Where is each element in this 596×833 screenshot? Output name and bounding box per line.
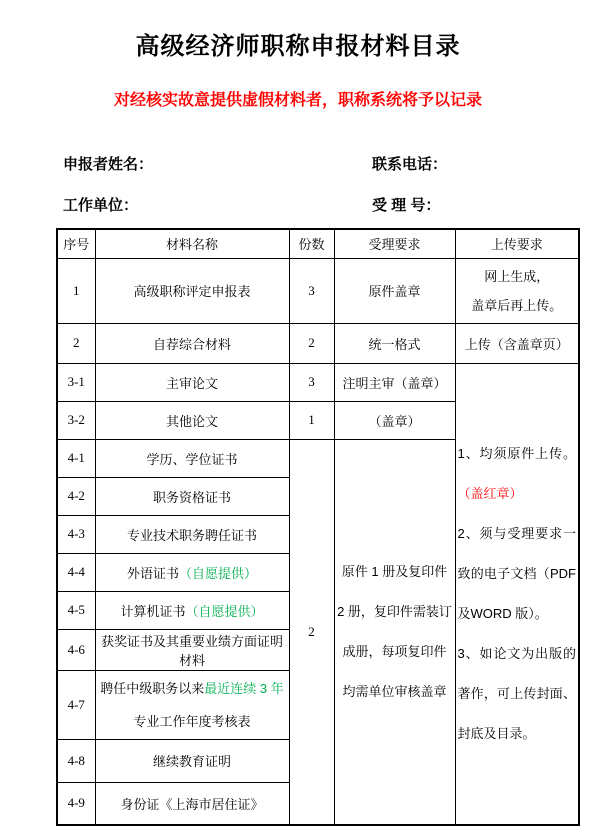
header-copies: 份数 <box>289 229 334 258</box>
serial-cell: 3-1 <box>57 363 95 401</box>
highlight-text: 最近连续 3 年 <box>204 681 283 696</box>
copies-cell: 1 <box>289 401 334 439</box>
material-name-cell: 计算机证书（自愿提供） <box>95 591 289 629</box>
material-name-cell: 外语证书（自愿提供） <box>95 553 289 591</box>
upload-note-3: 3、如论文为出版的著作，可上传封面、封底及目录。 <box>458 634 577 754</box>
material-name-cell: 其他论文 <box>95 401 289 439</box>
header-acceptance-req: 受理要求 <box>334 229 455 258</box>
material-name-cell: 自荐综合材料 <box>95 323 289 363</box>
serial-cell: 4-2 <box>57 477 95 515</box>
requirement-cell: 统一格式 <box>334 323 455 363</box>
materials-table: 序号 材料名称 份数 受理要求 上传要求 1 高级职称评定申报表 3 原件盖章 … <box>56 228 580 826</box>
serial-cell: 4-5 <box>57 591 95 629</box>
applicant-name-label: 申报者姓名： <box>63 153 153 174</box>
material-name-text: 外语证书 <box>127 566 179 581</box>
material-name-cell: 继续教育证明 <box>95 739 289 782</box>
serial-cell: 4-8 <box>57 739 95 782</box>
copies-merged-cell: 2 <box>289 439 334 825</box>
table-row: 1 高级职称评定申报表 3 原件盖章 网上生成， 盖章后再上传。 <box>57 258 579 323</box>
acceptance-number-label: 受 理 号： <box>372 194 440 215</box>
contact-phone-label: 联系电话： <box>372 153 447 174</box>
upload-cell: 网上生成， 盖章后再上传。 <box>455 258 579 323</box>
material-name-cell: 专业技术职务聘任证书 <box>95 515 289 553</box>
table-header-row: 序号 材料名称 份数 受理要求 上传要求 <box>57 229 579 258</box>
serial-cell: 1 <box>57 258 95 323</box>
material-name-cell: 主审论文 <box>95 363 289 401</box>
requirement-merged-cell: 原件 1 册及复印件 2 册，复印件需装订成册，每项复印件均需单位审核盖章 <box>334 439 455 825</box>
copies-cell: 3 <box>289 258 334 323</box>
upload-cell: 上传（含盖章页） <box>455 323 579 363</box>
page-title: 高级经济师职称申报材料目录 <box>0 26 596 61</box>
table-row: 3-1 主审论文 3 注明主审（盖章） 1、均须原件上传。（盖红章） 2、须与受… <box>57 363 579 401</box>
upload-note-1: 1、均须原件上传。（盖红章） <box>458 434 577 514</box>
voluntary-note-text: （自愿提供） <box>179 566 257 581</box>
serial-cell: 4-9 <box>57 782 95 825</box>
requirement-cell: 原件盖章 <box>334 258 455 323</box>
copies-cell: 3 <box>289 363 334 401</box>
header-material-name: 材料名称 <box>95 229 289 258</box>
serial-cell: 3-2 <box>57 401 95 439</box>
requirement-cell: （盖章） <box>334 401 455 439</box>
material-name-cell: 学历、学位证书 <box>95 439 289 477</box>
upload-note-2: 2、须与受理要求一致的电子文档（PDF 及WORD 版）。 <box>458 514 577 634</box>
material-name-text: 计算机证书 <box>120 604 185 619</box>
material-name-cell: 聘任中级职务以来最近连续 3 年专业工作年度考核表 <box>95 670 289 739</box>
requirement-cell: 注明主审（盖章） <box>334 363 455 401</box>
serial-cell: 4-3 <box>57 515 95 553</box>
serial-cell: 2 <box>57 323 95 363</box>
copies-cell: 2 <box>289 323 334 363</box>
material-name-text: 聘任中级职务以来 <box>100 681 204 696</box>
serial-cell: 4-6 <box>57 629 95 670</box>
serial-cell: 4-7 <box>57 670 95 739</box>
upload-line: 网上生成， <box>458 262 577 291</box>
material-name-text: 专业工作年度考核表 <box>133 714 250 729</box>
upload-notes-cell: 1、均须原件上传。（盖红章） 2、须与受理要求一致的电子文档（PDF 及WORD… <box>455 363 579 825</box>
work-unit-label: 工作单位： <box>63 194 138 215</box>
upload-note-1-red-text: （盖红章） <box>458 486 523 501</box>
material-name-cell: 职务资格证书 <box>95 477 289 515</box>
upload-note-1-text: 1、均须原件上传。 <box>458 446 577 461</box>
header-upload-req: 上传要求 <box>455 229 579 258</box>
material-name-cell: 获奖证书及其重要业绩方面证明材料 <box>95 629 289 670</box>
warning-text: 对经核实故意提供虚假材料者，职称系统将予以记录 <box>0 87 596 110</box>
header-serial: 序号 <box>57 229 95 258</box>
serial-cell: 4-1 <box>57 439 95 477</box>
material-name-cell: 高级职称评定申报表 <box>95 258 289 323</box>
material-name-cell: 身份证《上海市居住证》 <box>95 782 289 825</box>
serial-cell: 4-4 <box>57 553 95 591</box>
voluntary-note-text: （自愿提供） <box>186 604 264 619</box>
table-row: 2 自荐综合材料 2 统一格式 上传（含盖章页） <box>57 323 579 363</box>
upload-line: 盖章后再上传。 <box>458 291 577 320</box>
